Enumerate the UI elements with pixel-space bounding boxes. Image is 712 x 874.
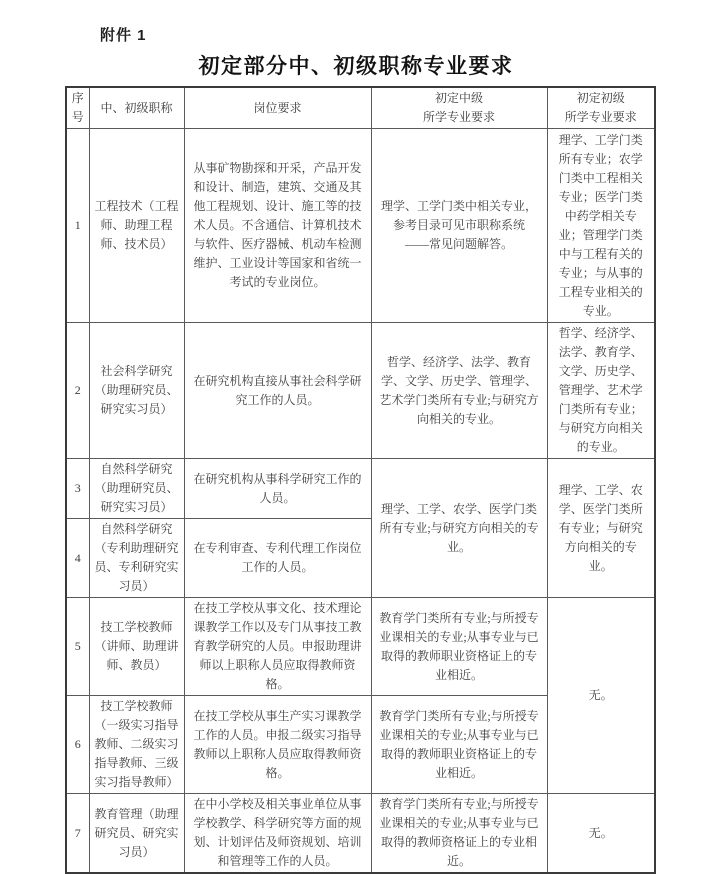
table-row: 7 教育管理（助理研究员、研究实习员） 在中小学校及相关事业单位从事学校教学、科…: [66, 794, 655, 874]
header-junior-level-column: 初定初级 所学专业要求: [547, 87, 655, 129]
mid-level-cell: 教育学门类所有专业;与所授专业课相关的专业;从事专业与已取得的教师资格证上的专业…: [371, 794, 547, 874]
requirement-cell: 从事矿物勘探和开采，产品开发和设计、制造，建筑、交通及其他工程规划、设计、施工等…: [184, 129, 371, 323]
row-number: 3: [66, 459, 89, 519]
table-row: 3 自然科学研究（助理研究员、研究实习员） 在研究机构从事科学研究工作的人员。 …: [66, 459, 655, 519]
requirement-cell: 在专利审查、专利代理工作岗位工作的人员。: [184, 519, 371, 598]
page-title: 初定部分中、初级职称专业要求: [0, 50, 712, 80]
mid-level-cell: 教育学门类所有专业;与所授专业课相关的专业;从事专业与已取得的教师职业资格证上的…: [371, 696, 547, 794]
table-row: 1 工程技术（工程师、助理工程师、技术员） 从事矿物勘探和开采，产品开发和设计、…: [66, 129, 655, 323]
mid-level-cell: 理学、工学门类中相关专业， 参考目录可见市职称系统 ——常见问题解答。: [371, 129, 547, 323]
mid-level-cell-merged: 理学、工学、农学、医学门类所有专业;与研究方向相关的专业。: [371, 459, 547, 598]
mid-level-cell: 教育学门类所有专业;与所授专业课相关的专业;从事专业与已取得的教师职业资格证上的…: [371, 598, 547, 696]
row-number: 6: [66, 696, 89, 794]
title-cell: 社会科学研究（助理研究员、研究实习员）: [89, 323, 184, 459]
title-cell: 工程技术（工程师、助理工程师、技术员）: [89, 129, 184, 323]
row-number: 1: [66, 129, 89, 323]
row-number: 7: [66, 794, 89, 874]
junior-level-cell: 哲学、经济学、法学、教育学、文学、历史学、管理学、艺术学门类所有专业；与研究方向…: [547, 323, 655, 459]
title-cell: 教育管理（助理研究员、研究实习员）: [89, 794, 184, 874]
title-cell: 自然科学研究（专利助理研究员、专利研究实习员）: [89, 519, 184, 598]
requirement-cell: 在技工学校从事生产实习课教学工作的人员。申报二级实习指导教师以上职称人员应取得教…: [184, 696, 371, 794]
attachment-label: 附件 1: [100, 24, 147, 45]
requirements-table: 序号 中、初级职称 岗位要求 初定中级 所学专业要求 初定初级 所学专业要求 1…: [65, 86, 656, 874]
junior-level-cell: 无。: [547, 794, 655, 874]
junior-level-cell: 理学、工学门类所有专业；农学门类中工程相关专业；医学门类中药学相关专业；管理学门…: [547, 129, 655, 323]
table-row: 2 社会科学研究（助理研究员、研究实习员） 在研究机构直接从事社会科学研究工作的…: [66, 323, 655, 459]
header-mid-level-column: 初定中级 所学专业要求: [371, 87, 547, 129]
requirement-cell: 在技工学校从事文化、技术理论课教学工作以及专门从事技工教育教学研究的人员。申报助…: [184, 598, 371, 696]
row-number: 2: [66, 323, 89, 459]
row-number: 4: [66, 519, 89, 598]
header-title-column: 中、初级职称: [89, 87, 184, 129]
header-requirement-column: 岗位要求: [184, 87, 371, 129]
mid-level-cell: 哲学、经济学、法学、教育学、文学、历史学、管理学、艺术学门类所有专业;与研究方向…: [371, 323, 547, 459]
row-number: 5: [66, 598, 89, 696]
header-serial-number: 序号: [66, 87, 89, 129]
requirement-cell: 在研究机构从事科学研究工作的人员。: [184, 459, 371, 519]
title-cell: 自然科学研究（助理研究员、研究实习员）: [89, 459, 184, 519]
document-page: { "page": { "attachment_label": "附件 1", …: [0, 0, 712, 846]
table-header-row: 序号 中、初级职称 岗位要求 初定中级 所学专业要求 初定初级 所学专业要求: [66, 87, 655, 129]
requirement-cell: 在研究机构直接从事社会科学研究工作的人员。: [184, 323, 371, 459]
title-cell: 技工学校教师（一级实习指导教师、二级实习指导教师、三级实习指导教师）: [89, 696, 184, 794]
junior-level-cell-merged: 无。: [547, 598, 655, 794]
junior-level-cell-merged: 理学、工学、农学、医学门类所有专业；与研究方向相关的专业。: [547, 459, 655, 598]
title-cell: 技工学校教师（讲师、助理讲师、教员）: [89, 598, 184, 696]
requirement-cell: 在中小学校及相关事业单位从事学校教学、科学研究等方面的规划、计划评估及师资规划、…: [184, 794, 371, 874]
table-row: 5 技工学校教师（讲师、助理讲师、教员） 在技工学校从事文化、技术理论课教学工作…: [66, 598, 655, 696]
